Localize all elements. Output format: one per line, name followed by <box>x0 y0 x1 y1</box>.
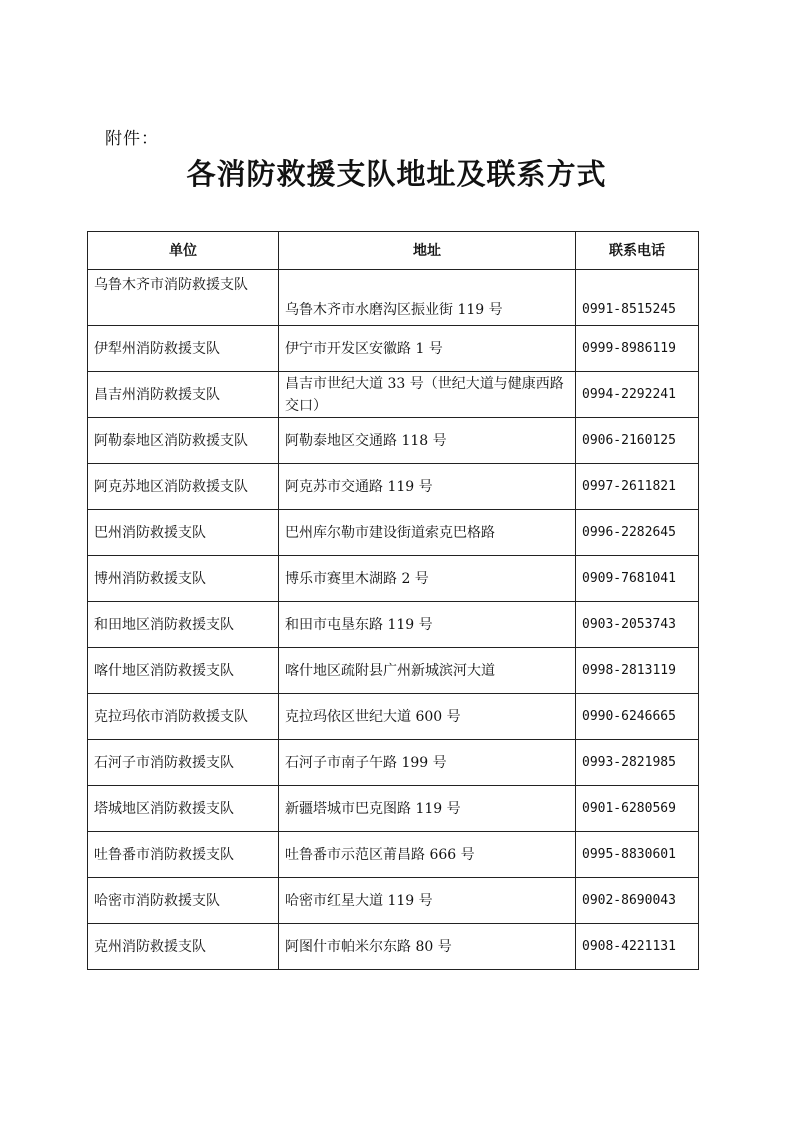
phone-cell: 0902-8690043 <box>576 878 699 924</box>
contact-table: 单位 地址 联系电话 乌鲁木齐市消防救援支队 乌鲁木齐市水磨沟区振业街 119 … <box>87 231 699 970</box>
address-cell: 哈密市红星大道 119 号 <box>279 878 576 924</box>
phone-cell: 0994-2292241 <box>576 372 699 418</box>
address-cell: 克拉玛依区世纪大道 600 号 <box>279 694 576 740</box>
page-title: 各消防救援支队地址及联系方式 <box>0 152 793 193</box>
phone-cell: 0901-6280569 <box>576 786 699 832</box>
address-cell: 巴州库尔勒市建设街道索克巴格路 <box>279 510 576 556</box>
address-cell: 博乐市赛里木湖路 2 号 <box>279 556 576 602</box>
phone-cell: 0990-6246665 <box>576 694 699 740</box>
table-row: 昌吉州消防救援支队 昌吉市世纪大道 33 号（世纪大道与健康西路交口） 0994… <box>88 372 699 418</box>
address-cell: 昌吉市世纪大道 33 号（世纪大道与健康西路交口） <box>279 372 576 418</box>
table-row: 塔城地区消防救援支队 新疆塔城市巴克图路 119 号 0901-6280569 <box>88 786 699 832</box>
table-row: 吐鲁番市消防救援支队 吐鲁番市示范区莆昌路 666 号 0995-8830601 <box>88 832 699 878</box>
phone-cell: 0995-8830601 <box>576 832 699 878</box>
table-row: 和田地区消防救援支队 和田市屯垦东路 119 号 0903-2053743 <box>88 602 699 648</box>
unit-cell: 克州消防救援支队 <box>88 924 279 970</box>
unit-cell: 塔城地区消防救援支队 <box>88 786 279 832</box>
address-cell: 阿勒泰地区交通路 118 号 <box>279 418 576 464</box>
table-row: 巴州消防救援支队 巴州库尔勒市建设街道索克巴格路 0996-2282645 <box>88 510 699 556</box>
address-cell: 伊宁市开发区安徽路 1 号 <box>279 326 576 372</box>
address-cell: 乌鲁木齐市水磨沟区振业街 119 号 <box>279 270 576 326</box>
address-cell: 新疆塔城市巴克图路 119 号 <box>279 786 576 832</box>
unit-cell: 和田地区消防救援支队 <box>88 602 279 648</box>
address-cell: 阿图什市帕米尔东路 80 号 <box>279 924 576 970</box>
phone-cell: 0991-8515245 <box>576 270 699 326</box>
table-row: 博州消防救援支队 博乐市赛里木湖路 2 号 0909-7681041 <box>88 556 699 602</box>
table-row: 石河子市消防救援支队 石河子市南子午路 199 号 0993-2821985 <box>88 740 699 786</box>
table-row: 克拉玛依市消防救援支队 克拉玛依区世纪大道 600 号 0990-6246665 <box>88 694 699 740</box>
unit-cell: 哈密市消防救援支队 <box>88 878 279 924</box>
address-cell: 石河子市南子午路 199 号 <box>279 740 576 786</box>
unit-cell: 巴州消防救援支队 <box>88 510 279 556</box>
unit-cell: 喀什地区消防救援支队 <box>88 648 279 694</box>
table-row: 伊犁州消防救援支队 伊宁市开发区安徽路 1 号 0999-8986119 <box>88 326 699 372</box>
table-row: 哈密市消防救援支队 哈密市红星大道 119 号 0902-8690043 <box>88 878 699 924</box>
unit-cell: 昌吉州消防救援支队 <box>88 372 279 418</box>
unit-cell: 博州消防救援支队 <box>88 556 279 602</box>
table-row: 乌鲁木齐市消防救援支队 乌鲁木齐市水磨沟区振业街 119 号 0991-8515… <box>88 270 699 326</box>
phone-cell: 0998-2813119 <box>576 648 699 694</box>
unit-cell: 伊犁州消防救援支队 <box>88 326 279 372</box>
address-cell: 吐鲁番市示范区莆昌路 666 号 <box>279 832 576 878</box>
phone-cell: 0906-2160125 <box>576 418 699 464</box>
unit-cell: 克拉玛依市消防救援支队 <box>88 694 279 740</box>
unit-cell: 阿克苏地区消防救援支队 <box>88 464 279 510</box>
phone-cell: 0996-2282645 <box>576 510 699 556</box>
table-row: 阿克苏地区消防救援支队 阿克苏市交通路 119 号 0997-2611821 <box>88 464 699 510</box>
address-cell: 喀什地区疏附县广州新城滨河大道 <box>279 648 576 694</box>
column-header-address: 地址 <box>279 232 576 270</box>
attachment-label: 附件： <box>105 124 159 149</box>
phone-cell: 0997-2611821 <box>576 464 699 510</box>
unit-cell: 吐鲁番市消防救援支队 <box>88 832 279 878</box>
phone-cell: 0908-4221131 <box>576 924 699 970</box>
unit-cell: 阿勒泰地区消防救援支队 <box>88 418 279 464</box>
unit-cell: 乌鲁木齐市消防救援支队 <box>88 270 279 326</box>
address-cell: 和田市屯垦东路 119 号 <box>279 602 576 648</box>
address-cell: 阿克苏市交通路 119 号 <box>279 464 576 510</box>
column-header-phone: 联系电话 <box>576 232 699 270</box>
phone-cell: 0999-8986119 <box>576 326 699 372</box>
column-header-unit: 单位 <box>88 232 279 270</box>
table-row: 喀什地区消防救援支队 喀什地区疏附县广州新城滨河大道 0998-2813119 <box>88 648 699 694</box>
table-row: 克州消防救援支队 阿图什市帕米尔东路 80 号 0908-4221131 <box>88 924 699 970</box>
phone-cell: 0909-7681041 <box>576 556 699 602</box>
table-header-row: 单位 地址 联系电话 <box>88 232 699 270</box>
phone-cell: 0993-2821985 <box>576 740 699 786</box>
unit-cell: 石河子市消防救援支队 <box>88 740 279 786</box>
phone-cell: 0903-2053743 <box>576 602 699 648</box>
table-row: 阿勒泰地区消防救援支队 阿勒泰地区交通路 118 号 0906-2160125 <box>88 418 699 464</box>
